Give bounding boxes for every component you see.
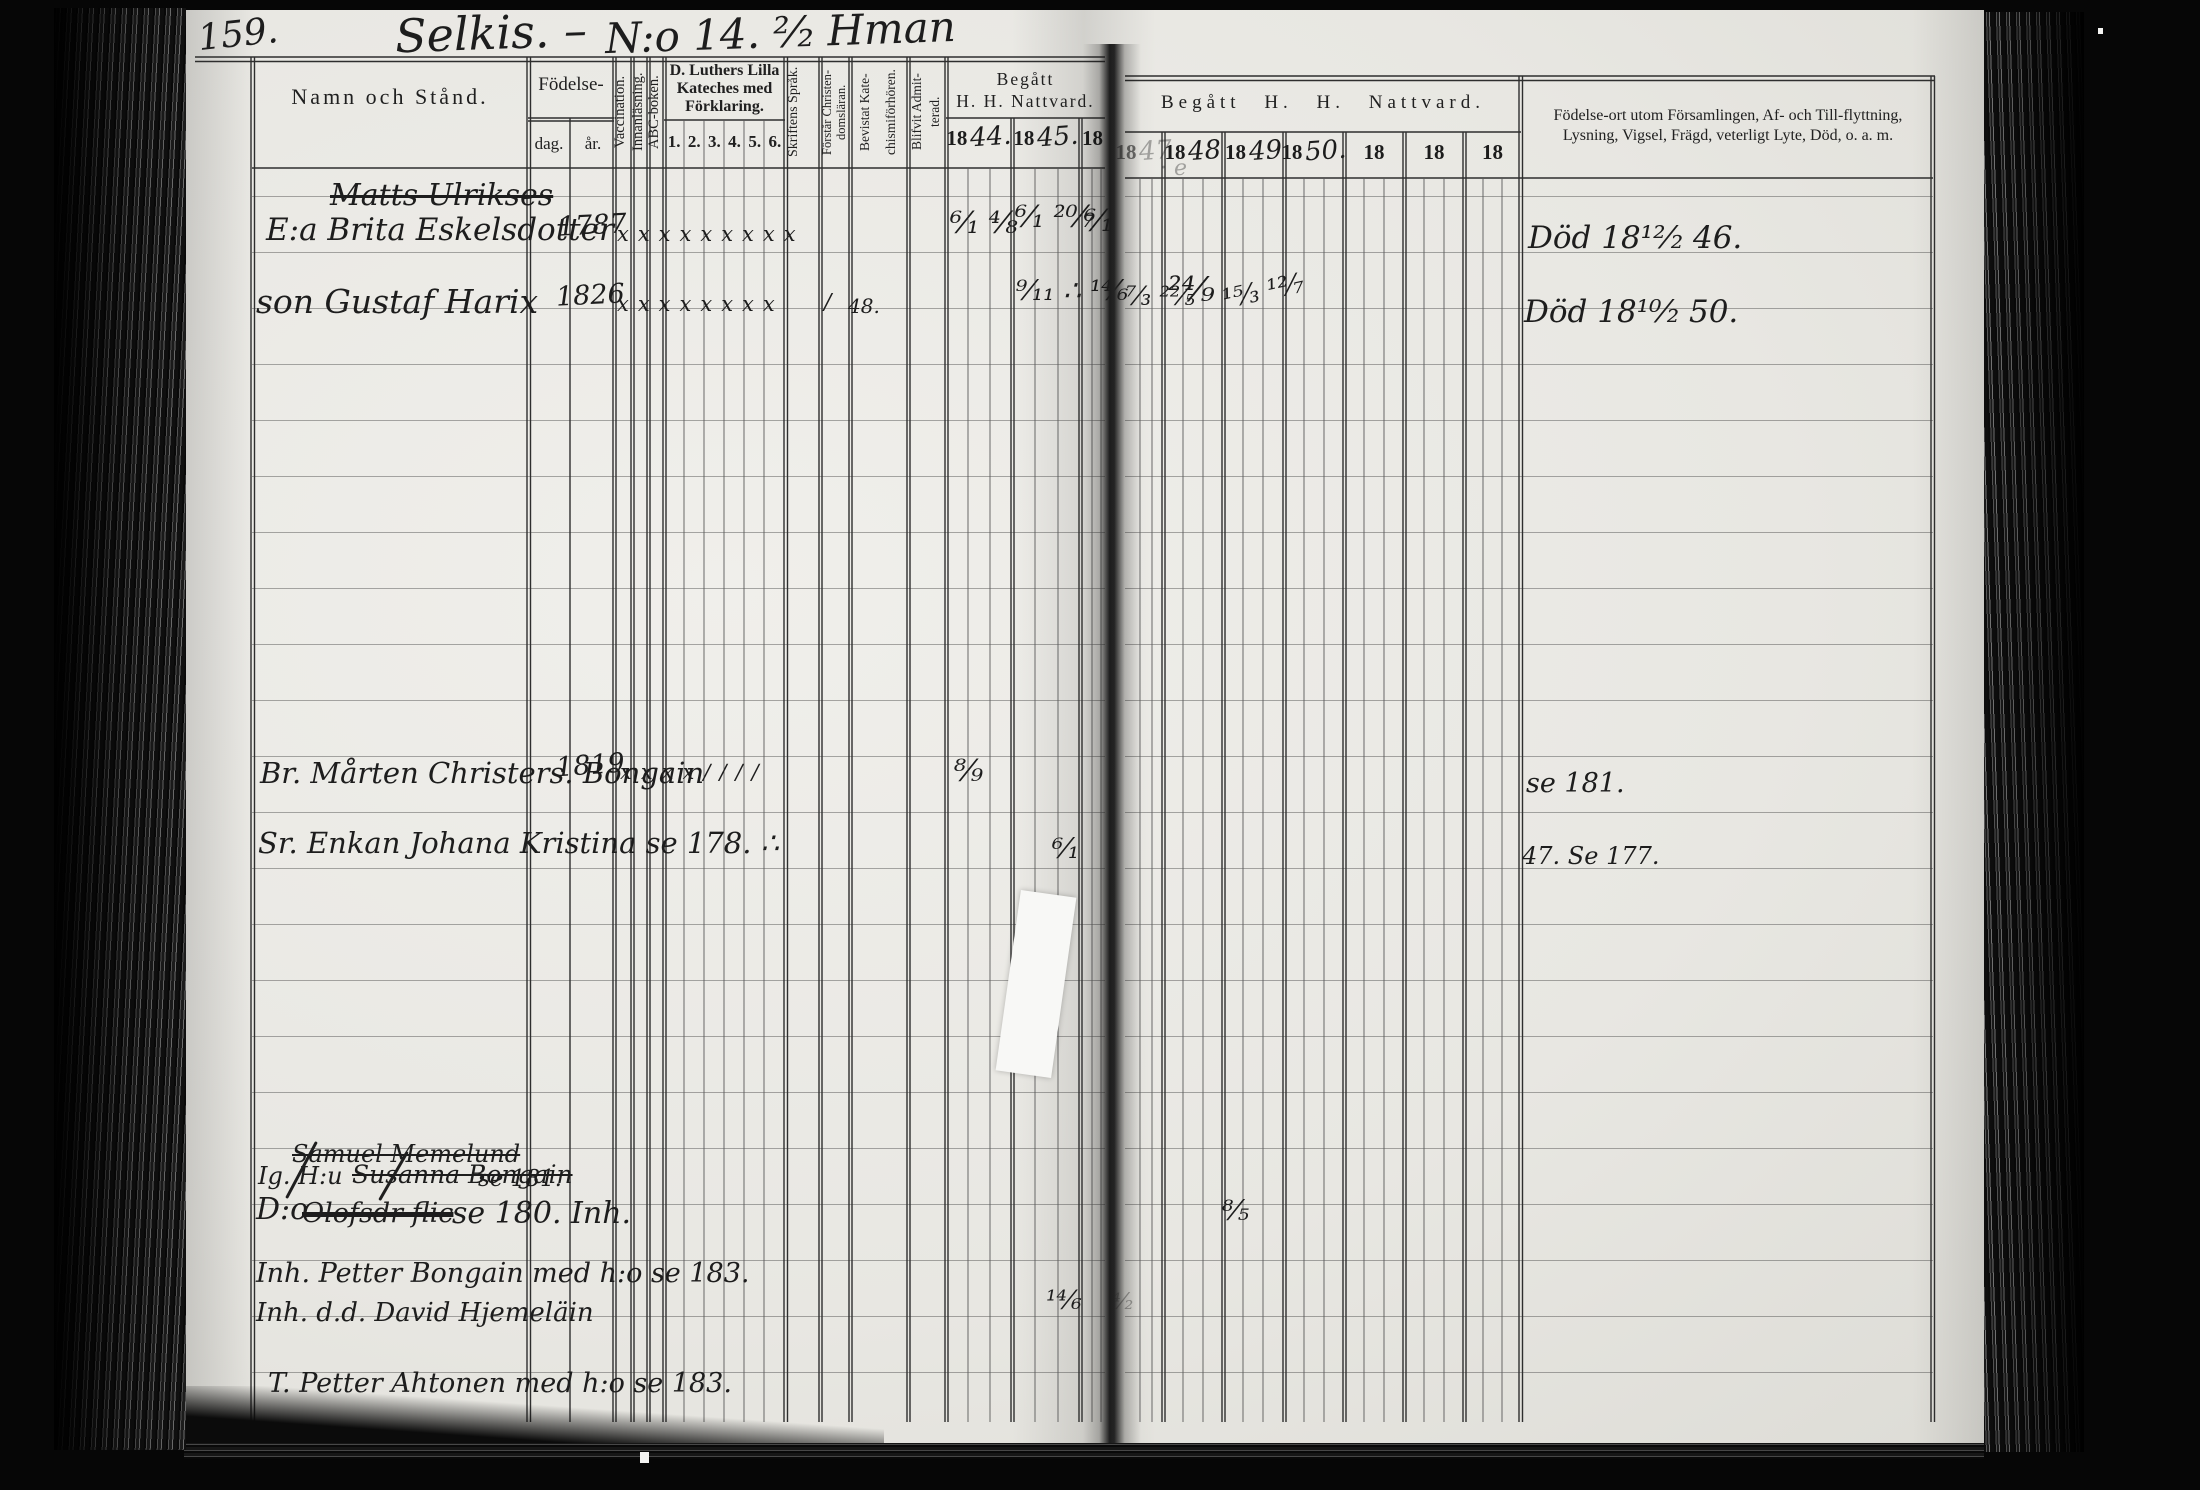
- year-cell-18-blank-c: 18: [1464, 140, 1521, 165]
- bottom-left-shadow: [184, 1386, 884, 1450]
- entry-name: Inh. Petter Bongain med h:o se 183.: [256, 1258, 750, 1289]
- year-written: 45.: [1036, 121, 1079, 154]
- year-written: 49: [1248, 135, 1283, 167]
- year-written: 44.: [969, 121, 1012, 154]
- entry-name: son Gustaf Harix: [256, 282, 538, 321]
- book-scan: 159. Selkis. – N:o 14. ²⁄₂ Hman Namn och…: [0, 0, 2200, 1490]
- entry-note-ref: 47. Se 177.: [1522, 842, 1660, 870]
- communion-date-1848: ²⁴⁄₉: [1168, 270, 1215, 310]
- dust-speck: [640, 1452, 649, 1463]
- dust-speck: [2098, 28, 2103, 34]
- entry-note-ref: se 181.: [478, 1166, 562, 1192]
- right-page-edges: [1984, 12, 2084, 1452]
- entry-note-death: Död 18¹⁰⁄₂ 50.: [1524, 294, 1738, 330]
- col-header-birth: Födelse-: [528, 74, 614, 96]
- col-header-understands: Förstår Christen- domsläran.: [820, 58, 849, 166]
- understands-mark: 48.: [848, 294, 880, 318]
- catechism-col-5: 5.: [748, 132, 761, 152]
- col-header-birth-year: år.: [572, 134, 614, 154]
- year-printed: 18: [946, 126, 967, 151]
- entry-prefix: D:o: [256, 1192, 308, 1227]
- catechism-number-row: 1. 2. 3. 4. 5. 6.: [664, 132, 785, 152]
- col-header-catechism: D. Luthers Lilla Kateches med Förklaring…: [664, 62, 785, 116]
- entry-prefix: Ig. H:u: [258, 1162, 343, 1190]
- catechism-col-4: 4.: [728, 132, 741, 152]
- year-printed: 18: [1225, 140, 1246, 165]
- entry-check-marks: xxxxxxxx: [617, 292, 784, 316]
- year-cell-1849: 18 49: [1223, 140, 1284, 166]
- left-page-edges: [54, 8, 186, 1450]
- entry-name: Sr. Enkan Johana Kristina se 178. ∴: [258, 826, 779, 860]
- entry-note-death: Död 18¹²⁄₂ 46.: [1528, 220, 1742, 256]
- year-cell-1845: 18 45.: [1012, 126, 1080, 152]
- communion-date-18: ¹⁴⁄₆: [1046, 1286, 1082, 1316]
- year-printed: 18: [1364, 140, 1385, 165]
- year-written: 48: [1187, 135, 1222, 167]
- year-cell-1844: 18 44.: [946, 126, 1012, 152]
- col-header-attended: Bevistat Kate- chismiförhören.: [852, 58, 906, 166]
- year-cell-18-blank-b: 18: [1404, 140, 1464, 165]
- faint-mark: · e: [1160, 156, 1187, 181]
- entry-name-struck: Matts Ulrikses: [330, 178, 553, 213]
- entry-check-marks: xxxx∕∕∕∕: [620, 760, 768, 784]
- scripture-mark: ∕: [824, 290, 831, 315]
- catechism-col-1: 1.: [668, 132, 681, 152]
- year-printed: 18: [1482, 140, 1503, 165]
- entry-note-ref: se 180. Inh.: [452, 1196, 631, 1231]
- col-header-name: Namn och Stånd.: [252, 84, 528, 110]
- col-header-birthplace-notes: Födelse-ort utom Församlingen, Af- och T…: [1530, 106, 1926, 146]
- communion-date-1844: ⁶⁄₁ ⁴⁄₈: [950, 206, 1018, 241]
- book-fold-shadow: [1083, 44, 1141, 1444]
- year-printed: 18: [1424, 140, 1445, 165]
- entry-birth-year: 1826: [555, 278, 625, 313]
- col-header-communion-left: Begått H. H. Nattvard.: [946, 68, 1105, 112]
- col-header-scripture: Skriftens Språk.: [786, 60, 818, 164]
- catechism-col-6: 6.: [768, 132, 781, 152]
- year-printed: 18: [1281, 140, 1302, 165]
- entry-note-ref: se 181.: [1526, 768, 1625, 799]
- bottom-page-edges: [184, 1443, 1984, 1459]
- col-header-birth-day: dag.: [528, 134, 570, 154]
- entry-name: Inh. d.d. David Hjemeläin: [256, 1298, 594, 1328]
- entry-birth-year: 1819: [555, 748, 626, 784]
- page-number: 159.: [196, 10, 280, 59]
- catechism-col-2: 2.: [688, 132, 701, 152]
- entry-check-marks: xxxxxxxxx: [617, 222, 805, 246]
- year-printed: 18: [1013, 126, 1034, 151]
- col-header-abc-book: ABC-boken.: [646, 60, 666, 164]
- catechism-col-3: 3.: [708, 132, 721, 152]
- communion-date-18: ⁶⁄₁: [1052, 832, 1079, 865]
- col-header-admitted: Blifvit Admit- terad.: [908, 58, 945, 166]
- col-header-communion-right: Begått H. H. Nattvard.: [1125, 92, 1521, 114]
- entry-name-struck: Olofsdr flic: [302, 1198, 453, 1229]
- page-title-place: Selkis. –: [394, 3, 588, 64]
- year-written: 50.: [1304, 135, 1347, 168]
- year-cell-1850: 18 50.: [1284, 140, 1344, 166]
- year-cell-18-blank-a: 18: [1344, 140, 1404, 165]
- communion-date-1844: ⁸⁄₉: [954, 754, 983, 789]
- communion-date-1849: ⁸⁄₅: [1222, 1194, 1249, 1227]
